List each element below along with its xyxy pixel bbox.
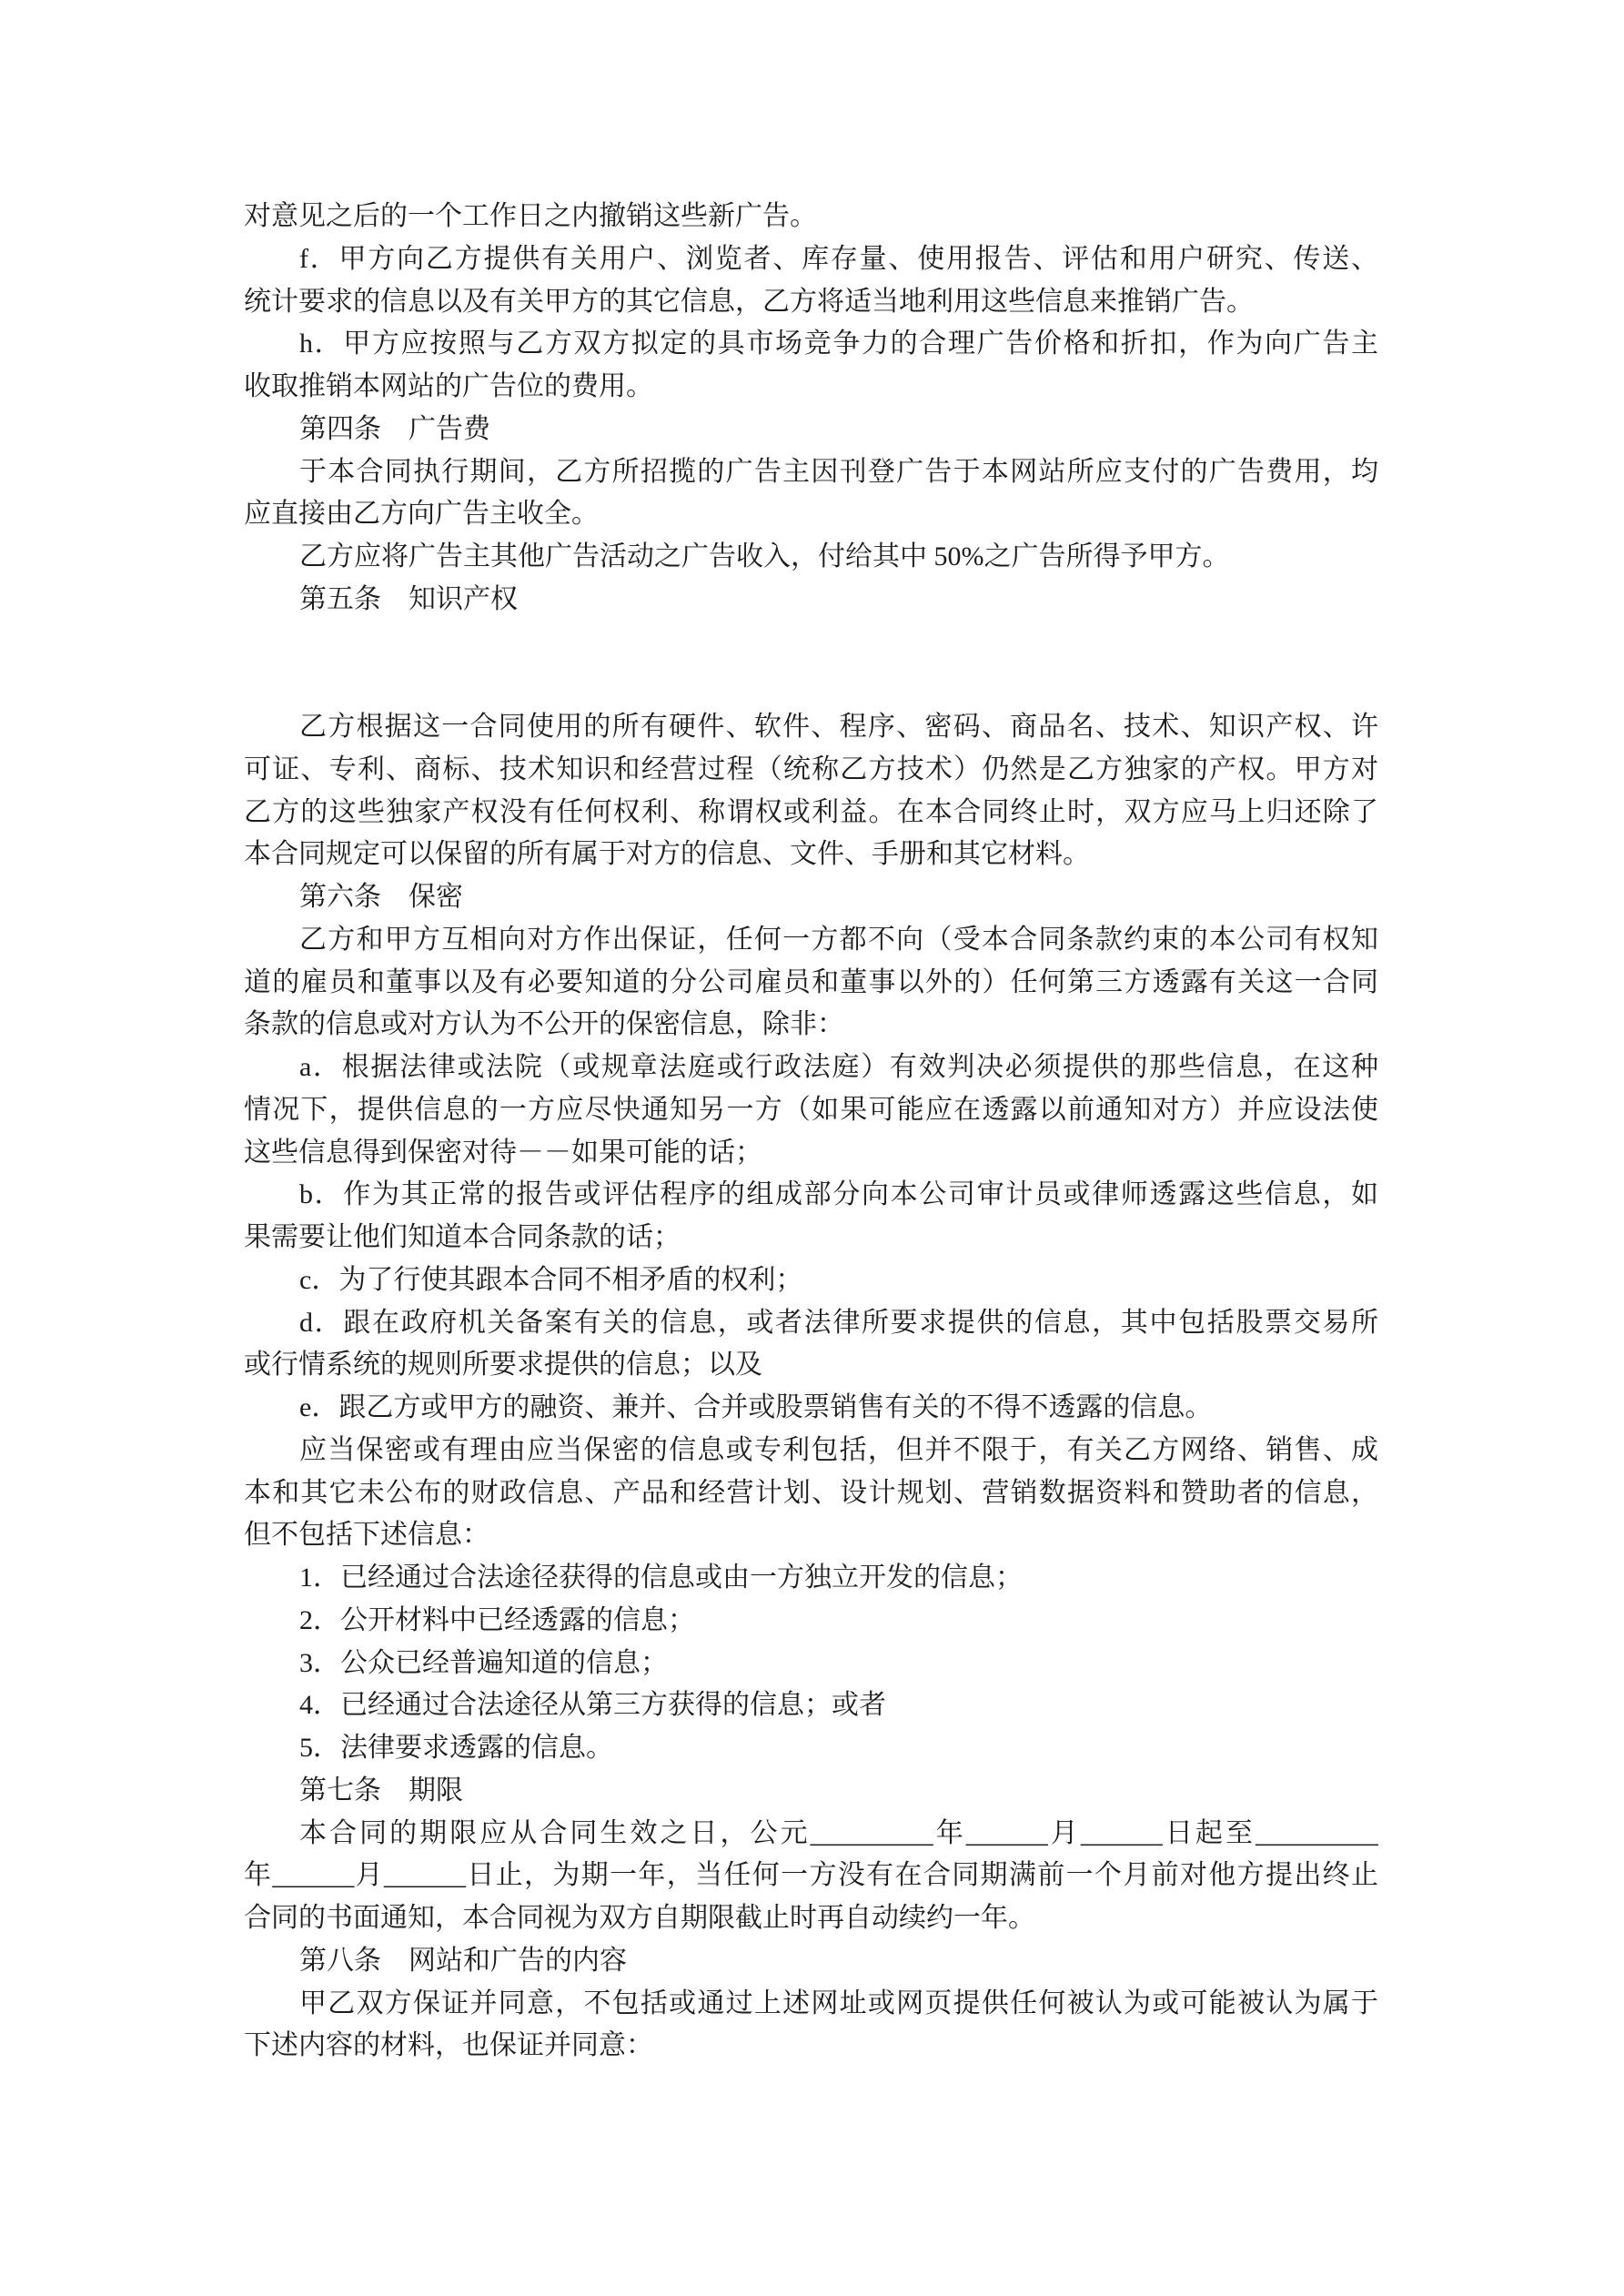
text-line: 4．已经通过合法途径从第三方获得的信息；或者 — [244, 1684, 1378, 1727]
text-line: 第四条 广告费 — [244, 409, 1378, 451]
text-line: 可证、专利、商标、技术知识和经营过程（统称乙方技术）仍然是乙方独家的产权。甲方对 — [244, 749, 1378, 792]
text-line: f．甲方向乙方提供有关用户、浏览者、库存量、使用报告、评估和用户研究、传送、 — [244, 238, 1378, 281]
text-line: 乙方和甲方互相向对方作出保证，任何一方都不向（受本合同条款约束的本公司有权知 — [244, 919, 1378, 962]
text-line: 第五条 知识产权 — [244, 579, 1378, 622]
text-line: 第七条 期限 — [244, 1770, 1378, 1813]
text-line: 或行情系统的规则所要求提供的信息；以及 — [244, 1344, 1378, 1387]
text-line: 果需要让他们知道本合同条款的话； — [244, 1217, 1378, 1259]
text-line: 下述内容的材料，也保证并同意： — [244, 2025, 1378, 2068]
text-line: e．跟乙方或甲方的融资、兼并、合并或股票销售有关的不得不透露的信息。 — [244, 1387, 1378, 1430]
text-line: h．甲方应按照与乙方双方拟定的具市场竞争力的合理广告价格和折扣，作为向广告主 — [244, 323, 1378, 366]
text-line: 本合同规定可以保留的所有属于对方的信息、文件、手册和其它材料。 — [244, 834, 1378, 876]
text-line: 乙方根据这一合同使用的所有硬件、软件、程序、密码、商品名、技术、知识产权、许 — [244, 706, 1378, 749]
text-line: 本和其它未公布的财政信息、产品和经营计划、设计规划、营销数据资料和赞助者的信息， — [244, 1472, 1378, 1515]
text-line: c．为了行使其跟本合同不相矛盾的权利； — [244, 1259, 1378, 1302]
text-line: 第八条 网站和广告的内容 — [244, 1940, 1378, 1983]
text-line: 5．法律要求透露的信息。 — [244, 1727, 1378, 1770]
text-line: 1．已经通过合法途径获得的信息或由一方独立开发的信息； — [244, 1557, 1378, 1600]
text-line: 乙方应将广告主其他广告活动之广告收入，付给其中 50%之广告所得予甲方。 — [244, 536, 1378, 579]
text-line: b．作为其正常的报告或评估程序的组成部分向本公司审计员或律师透露这些信息，如 — [244, 1174, 1378, 1217]
blank-line — [244, 622, 1378, 664]
blank-line — [244, 663, 1378, 706]
text-line: 这些信息得到保密对待－－如果可能的话； — [244, 1132, 1378, 1175]
text-line: 于本合同执行期间，乙方所招揽的广告主因刊登广告于本网站所应支付的广告费用，均 — [244, 451, 1378, 494]
text-line: a．根据法律或法院（或规章法庭或行政法庭）有效判决必须提供的那些信息，在这种 — [244, 1047, 1378, 1089]
text-line: 2．公开材料中已经透露的信息； — [244, 1600, 1378, 1643]
text-line: 情况下，提供信息的一方应尽快通知另一方（如果可能应在透露以前通知对方）并应设法使 — [244, 1089, 1378, 1132]
text-line: 条款的信息或对方认为不公开的保密信息，除非： — [244, 1004, 1378, 1047]
text-line: 对意见之后的一个工作日之内撤销这些新广告。 — [244, 196, 1378, 238]
text-line: 统计要求的信息以及有关甲方的其它信息，乙方将适当地利用这些信息来推销广告。 — [244, 281, 1378, 324]
text-line: 应当保密或有理由应当保密的信息或专利包括，但并不限于，有关乙方网络、销售、成 — [244, 1430, 1378, 1472]
text-line: d．跟在政府机关备案有关的信息，或者法律所要求提供的信息，其中包括股票交易所 — [244, 1302, 1378, 1345]
text-line: 甲乙双方保证并同意，不包括或通过上述网址或网页提供任何被认为或可能被认为属于 — [244, 1983, 1378, 2026]
text-line: 3．公众已经普遍知道的信息； — [244, 1643, 1378, 1685]
text-line: 应直接由乙方向广告主收全。 — [244, 493, 1378, 536]
document-lines: 对意见之后的一个工作日之内撤销这些新广告。f．甲方向乙方提供有关用户、浏览者、库… — [244, 196, 1378, 2068]
text-line: 第六条 保密 — [244, 876, 1378, 919]
text-line: 本合同的期限应从合同生效之日，公元_________年______月______… — [244, 1813, 1378, 1856]
text-line: 乙方的这些独家产权没有任何权利、称谓权或利益。在本合同终止时，双方应马上归还除了 — [244, 792, 1378, 834]
text-line: 道的雇员和董事以及有必要知道的分公司雇员和董事以外的）任何第三方透露有关这一合同 — [244, 962, 1378, 1005]
text-line: 合同的书面通知，本合同视为双方自期限截止时再自动续约一年。 — [244, 1897, 1378, 1940]
contract-page: 对意见之后的一个工作日之内撤销这些新广告。f．甲方向乙方提供有关用户、浏览者、库… — [0, 0, 1624, 2296]
text-line: 收取推销本网站的广告位的费用。 — [244, 366, 1378, 409]
text-line: 但不包括下述信息： — [244, 1514, 1378, 1557]
text-line: 年______月______日止，为期一年，当任何一方没有在合同期满前一个月前对… — [244, 1855, 1378, 1897]
